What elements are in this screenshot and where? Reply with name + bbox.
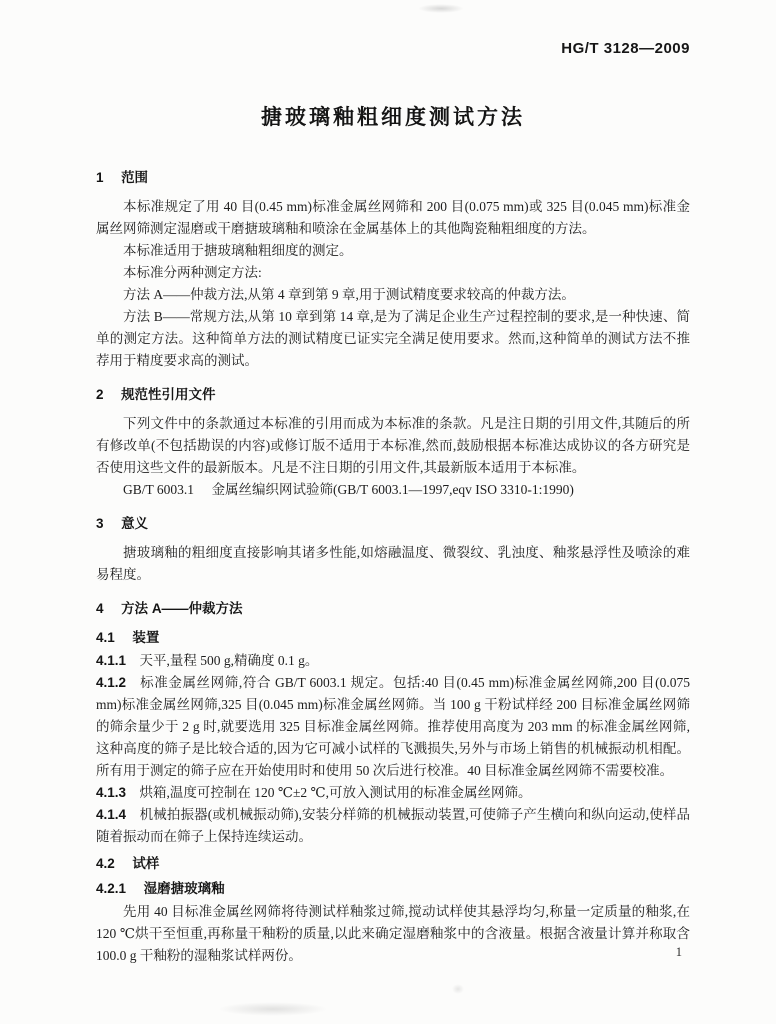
section-number: 4	[96, 601, 104, 616]
reference-code: GB/T 6003.1	[123, 482, 194, 497]
section-4-2-1-heading: 4.2.1湿磨搪玻璃釉	[96, 878, 690, 900]
paragraph: 先用 40 目标准金属丝网筛将待测试样釉浆过筛,搅动试样使其悬浮均匀,称量一定质…	[96, 901, 690, 967]
clause-text: 烘箱,温度可控制在 120 ℃±2 ℃,可放入测试用的标准金属丝网筛。	[140, 785, 532, 800]
clause-4-1-2: 4.1.2标准金属丝网筛,符合 GB/T 6003.1 规定。包括:40 目(0…	[96, 672, 690, 782]
clause-text: 机械拍振器(或机械振动筛),安装分样筛的机械振动装置,可使筛子产生横向和纵向运动…	[96, 807, 690, 844]
scan-smudge	[218, 1002, 328, 1016]
section-4-2-heading: 4.2试样	[96, 853, 690, 875]
clause-number: 4.1.3	[96, 785, 126, 800]
clause-number: 4.1.2	[96, 675, 126, 690]
paragraph: 方法 A——仲裁方法,从第 4 章到第 9 章,用于测试精度要求较高的仲裁方法。	[96, 284, 690, 306]
section-title: 试样	[132, 856, 159, 871]
section-title: 范围	[121, 170, 148, 185]
section-title: 意义	[121, 516, 148, 531]
clause-text: 天平,量程 500 g,精确度 0.1 g。	[140, 653, 319, 668]
paragraph: 方法 B——常规方法,从第 10 章到第 14 章,是为了满足企业生产过程控制的…	[96, 306, 690, 372]
section-number: 2	[96, 387, 104, 402]
section-title: 装置	[132, 630, 159, 645]
document-title: 搪玻璃釉粗细度测试方法	[96, 101, 690, 131]
paragraph: 搪玻璃釉的粗细度直接影响其诸多性能,如熔融温度、微裂纹、乳浊度、釉浆悬浮性及喷涂…	[96, 542, 690, 586]
paragraph: 本标准分两种测定方法:	[96, 262, 690, 284]
clause-4-1-4: 4.1.4机械拍振器(或机械振动筛),安装分样筛的机械振动装置,可使筛子产生横向…	[96, 804, 690, 848]
section-2-heading: 2规范性引用文件	[96, 384, 690, 406]
section-number: 4.2.1	[96, 881, 126, 896]
clause-number: 4.1.1	[96, 653, 126, 668]
clause-text: 标准金属丝网筛,符合 GB/T 6003.1 规定。包括:40 目(0.45 m…	[96, 675, 690, 778]
paragraph: 下列文件中的条款通过本标准的引用而成为本标准的条款。凡是注日期的引用文件,其随后…	[96, 413, 690, 479]
clause-number: 4.1.4	[96, 807, 126, 822]
document-body: 1范围 本标准规定了用 40 目(0.45 mm)标准金属丝网筛和 200 目(…	[96, 167, 690, 967]
section-number: 4.2	[96, 856, 115, 871]
section-title: 规范性引用文件	[121, 387, 216, 402]
section-title: 方法 A——仲裁方法	[121, 601, 243, 616]
section-4-1-heading: 4.1装置	[96, 627, 690, 649]
reference-title: 金属丝编织网试验筛(GB/T 6003.1—1997,eqv ISO 3310-…	[212, 482, 574, 497]
document-page: HG/T 3128—2009 搪玻璃釉粗细度测试方法 1范围 本标准规定了用 4…	[0, 0, 776, 1024]
section-4-heading: 4方法 A——仲裁方法	[96, 598, 690, 620]
section-1-heading: 1范围	[96, 167, 690, 189]
section-number: 4.1	[96, 630, 115, 645]
scan-smudge	[452, 984, 464, 994]
clause-4-1-3: 4.1.3烘箱,温度可控制在 120 ℃±2 ℃,可放入测试用的标准金属丝网筛。	[96, 782, 690, 804]
clause-4-1-1: 4.1.1天平,量程 500 g,精确度 0.1 g。	[96, 650, 690, 672]
paragraph: 本标准适用于搪玻璃釉粗细度的测定。	[96, 240, 690, 262]
reference-entry: GB/T 6003.1金属丝编织网试验筛(GB/T 6003.1—1997,eq…	[96, 479, 690, 501]
section-number: 1	[96, 170, 104, 185]
document-content: HG/T 3128—2009 搪玻璃釉粗细度测试方法 1范围 本标准规定了用 4…	[96, 0, 690, 967]
page-number: 1	[676, 945, 682, 960]
section-number: 3	[96, 516, 104, 531]
standard-code: HG/T 3128—2009	[96, 40, 690, 57]
paragraph: 本标准规定了用 40 目(0.45 mm)标准金属丝网筛和 200 目(0.07…	[96, 196, 690, 240]
section-3-heading: 3意义	[96, 513, 690, 535]
section-title: 湿磨搪玻璃釉	[144, 881, 225, 896]
